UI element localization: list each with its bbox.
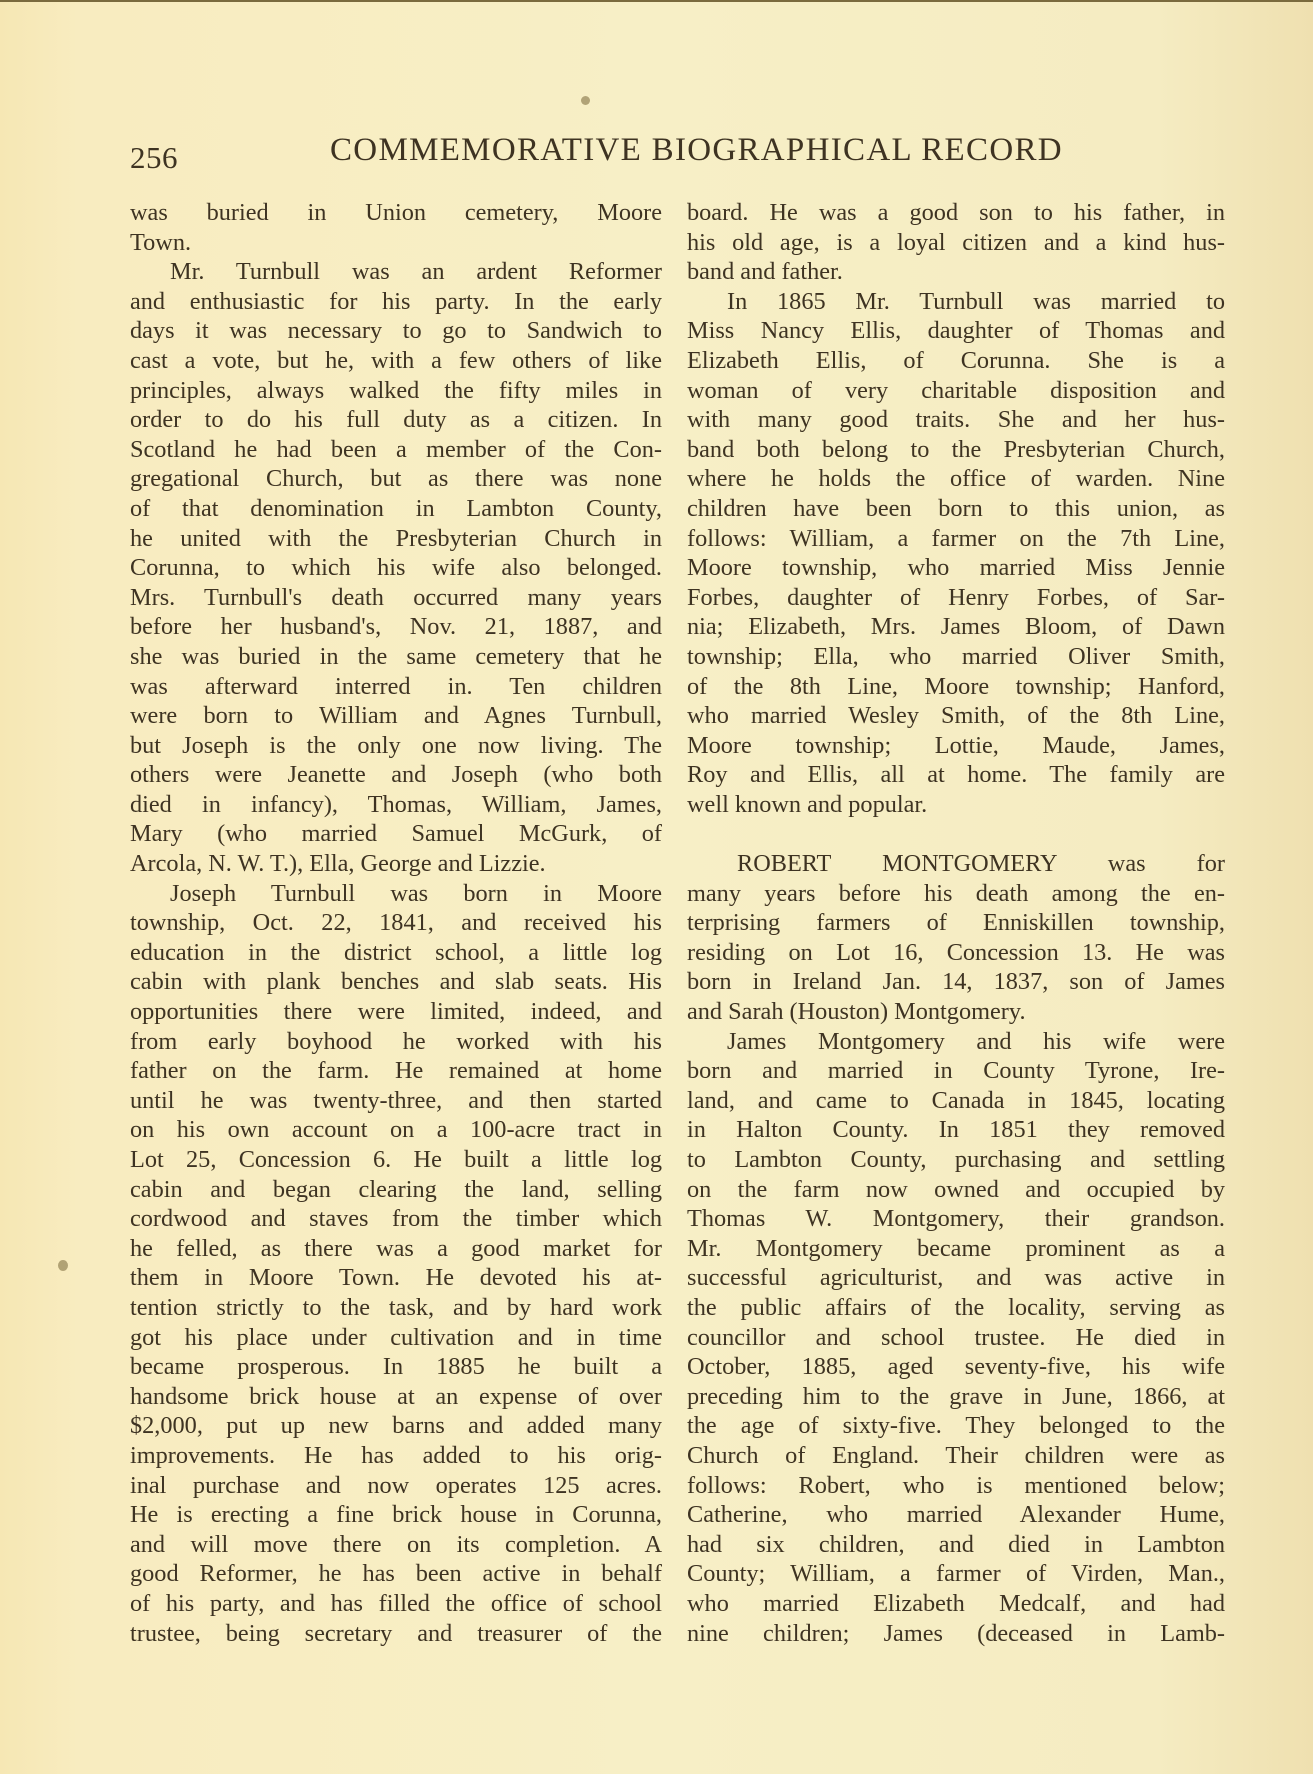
text-line: land, and came to Canada in 1845, locati… — [687, 1086, 1225, 1116]
text-line: where he holds the office of warden. Nin… — [687, 464, 1225, 494]
text-line: children have been born to this union, a… — [687, 494, 1225, 524]
text-line: Moore township, who married Miss Jennie — [687, 553, 1225, 583]
text-line: Mr. Montgomery became prominent as a — [687, 1234, 1225, 1264]
text-line: were born to William and Agnes Turnbull, — [130, 701, 662, 731]
text-line: band both belong to the Presbyterian Chu… — [687, 435, 1225, 465]
text-line: improvements. He has added to his orig- — [130, 1441, 662, 1471]
text-line: board. He was a good son to his father, … — [687, 198, 1225, 228]
text-line: Mr. Turnbull was an ardent Reformer — [130, 257, 662, 287]
text-line: cast a vote, but he, with a few others o… — [130, 346, 662, 376]
text-line: In 1865 Mr. Turnbull was married to — [687, 287, 1225, 317]
text-line: tention strictly to the task, and by har… — [130, 1293, 662, 1323]
text-line: from early boyhood he worked with his — [130, 1027, 662, 1057]
text-line: Lot 25, Concession 6. He built a little … — [130, 1145, 662, 1175]
text-line: of the 8th Line, Moore township; Hanford… — [687, 672, 1225, 702]
text-line: was buried in Union cemetery, Moore — [130, 198, 662, 228]
running-title: COMMEMORATIVE BIOGRAPHICAL RECORD — [330, 132, 1020, 169]
text-line: on the farm now owned and occupied by — [687, 1175, 1225, 1205]
text-line: Moore township; Lottie, Maude, James, — [687, 731, 1225, 761]
text-line: $2,000, put up new barns and added many — [130, 1411, 662, 1441]
left-column: was buried in Union cemetery, MooreTown.… — [130, 198, 662, 1648]
text-line: father on the farm. He remained at home — [130, 1056, 662, 1086]
text-line: Mary (who married Samuel McGurk, of — [130, 819, 662, 849]
text-line: Mrs. Turnbull's death occurred many year… — [130, 583, 662, 613]
text-line: township; Ella, who married Oliver Smith… — [687, 642, 1225, 672]
text-line: was afterward interred in. Ten children — [130, 672, 662, 702]
text-line: days it was necessary to go to Sandwich … — [130, 316, 662, 346]
text-line: nia; Elizabeth, Mrs. James Bloom, of Daw… — [687, 612, 1225, 642]
text-line: cordwood and staves from the timber whic… — [130, 1204, 662, 1234]
text-line: she was buried in the same cemetery that… — [130, 642, 662, 672]
text-line: his old age, is a loyal citizen and a ki… — [687, 228, 1225, 258]
text-line: inal purchase and now operates 125 acres… — [130, 1471, 662, 1501]
text-line: successful agriculturist, and was active… — [687, 1263, 1225, 1293]
text-line: Miss Nancy Ellis, daughter of Thomas and — [687, 316, 1225, 346]
text-line: terprising farmers of Enniskillen townsh… — [687, 908, 1225, 938]
text-line: the public affairs of the locality, serv… — [687, 1293, 1225, 1323]
text-line: Joseph Turnbull was born in Moore — [130, 879, 662, 909]
text-line: County; William, a farmer of Virden, Man… — [687, 1559, 1225, 1589]
text-line: gregational Church, but as there was non… — [130, 464, 662, 494]
text-line: before her husband's, Nov. 21, 1887, and — [130, 612, 662, 642]
text-line: Catherine, who married Alexander Hume, — [687, 1500, 1225, 1530]
text-line: Arcola, N. W. T.), Ella, George and Lizz… — [130, 849, 662, 879]
text-line: follows: William, a farmer on the 7th Li… — [687, 524, 1225, 554]
text-line: them in Moore Town. He devoted his at- — [130, 1263, 662, 1293]
text-line: Forbes, daughter of Henry Forbes, of Sar… — [687, 583, 1225, 613]
text-line: handsome brick house at an expense of ov… — [130, 1382, 662, 1412]
biography-heading-line: ROBERT MONTGOMERY was for — [687, 849, 1225, 879]
text-line: in Halton County. In 1851 they removed — [687, 1115, 1225, 1145]
text-line: township, Oct. 22, 1841, and received hi… — [130, 908, 662, 938]
text-line: died in infancy), Thomas, William, James… — [130, 790, 662, 820]
text-line: Roy and Ellis, all at home. The family a… — [687, 760, 1225, 790]
text-line: woman of very charitable disposition and — [687, 376, 1225, 406]
text-line: education in the district school, a litt… — [130, 938, 662, 968]
page-number: 256 — [130, 140, 178, 176]
ink-smudge-top — [581, 96, 590, 105]
text-line: and will move there on its completion. A — [130, 1530, 662, 1560]
text-line: and Sarah (Houston) Montgomery. — [687, 997, 1225, 1027]
text-line: Town. — [130, 228, 662, 258]
text-line: preceding him to the grave in June, 1866… — [687, 1382, 1225, 1412]
text-line: to Lambton County, purchasing and settli… — [687, 1145, 1225, 1175]
text-line: had six children, and died in Lambton — [687, 1530, 1225, 1560]
text-line: councillor and school trustee. He died i… — [687, 1323, 1225, 1353]
text-line: opportunities there were limited, indeed… — [130, 997, 662, 1027]
text-line: who married Elizabeth Medcalf, and had — [687, 1589, 1225, 1619]
text-line: October, 1885, aged seventy-five, his wi… — [687, 1352, 1225, 1382]
text-line: with many good traits. She and her hus- — [687, 405, 1225, 435]
text-line: Church of England. Their children were a… — [687, 1441, 1225, 1471]
text-line: good Reformer, he has been active in beh… — [130, 1559, 662, 1589]
text-line: cabin with plank benches and slab seats.… — [130, 967, 662, 997]
text-line: follows: Robert, who is mentioned below; — [687, 1471, 1225, 1501]
page-top-edge — [0, 0, 1313, 2]
text-line: Corunna, to which his wife also belonged… — [130, 553, 662, 583]
text-line: James Montgomery and his wife were — [687, 1027, 1225, 1057]
text-line: cabin and began clearing the land, selli… — [130, 1175, 662, 1205]
text-line: order to do his full duty as a citizen. … — [130, 405, 662, 435]
text-line: of that denomination in Lambton County, — [130, 494, 662, 524]
text-line: He is erecting a fine brick house in Cor… — [130, 1500, 662, 1530]
text-line: principles, always walked the fifty mile… — [130, 376, 662, 406]
text-line: Scotland he had been a member of the Con… — [130, 435, 662, 465]
text-line: born in Ireland Jan. 14, 1837, son of Ja… — [687, 967, 1225, 997]
text-line: and enthusiastic for his party. In the e… — [130, 287, 662, 317]
text-line: born and married in County Tyrone, Ire- — [687, 1056, 1225, 1086]
ink-smudge-left — [58, 1260, 68, 1271]
blank-line — [687, 819, 1225, 849]
text-line: nine children; James (deceased in Lamb- — [687, 1619, 1225, 1649]
text-line: well known and popular. — [687, 790, 1225, 820]
text-line: who married Wesley Smith, of the 8th Lin… — [687, 701, 1225, 731]
text-line: Elizabeth Ellis, of Corunna. She is a — [687, 346, 1225, 376]
text-line: others were Jeanette and Joseph (who bot… — [130, 760, 662, 790]
text-line: got his place under cultivation and in t… — [130, 1323, 662, 1353]
page-header: 256 COMMEMORATIVE BIOGRAPHICAL RECORD — [0, 132, 1313, 176]
text-line: became prosperous. In 1885 he built a — [130, 1352, 662, 1382]
text-line: of his party, and has filled the office … — [130, 1589, 662, 1619]
text-line: he united with the Presbyterian Church i… — [130, 524, 662, 554]
text-line: he felled, as there was a good market fo… — [130, 1234, 662, 1264]
text-line: the age of sixty-five. They belonged to … — [687, 1411, 1225, 1441]
text-line: residing on Lot 16, Concession 13. He wa… — [687, 938, 1225, 968]
text-line: but Joseph is the only one now living. T… — [130, 731, 662, 761]
text-line: many years before his death among the en… — [687, 879, 1225, 909]
text-line: Thomas W. Montgomery, their grandson. — [687, 1204, 1225, 1234]
text-line: on his own account on a 100-acre tract i… — [130, 1115, 662, 1145]
text-line: until he was twenty-three, and then star… — [130, 1086, 662, 1116]
text-line: trustee, being secretary and treasurer o… — [130, 1619, 662, 1649]
text-line: band and father. — [687, 257, 1225, 287]
right-column: board. He was a good son to his father, … — [687, 198, 1225, 1648]
